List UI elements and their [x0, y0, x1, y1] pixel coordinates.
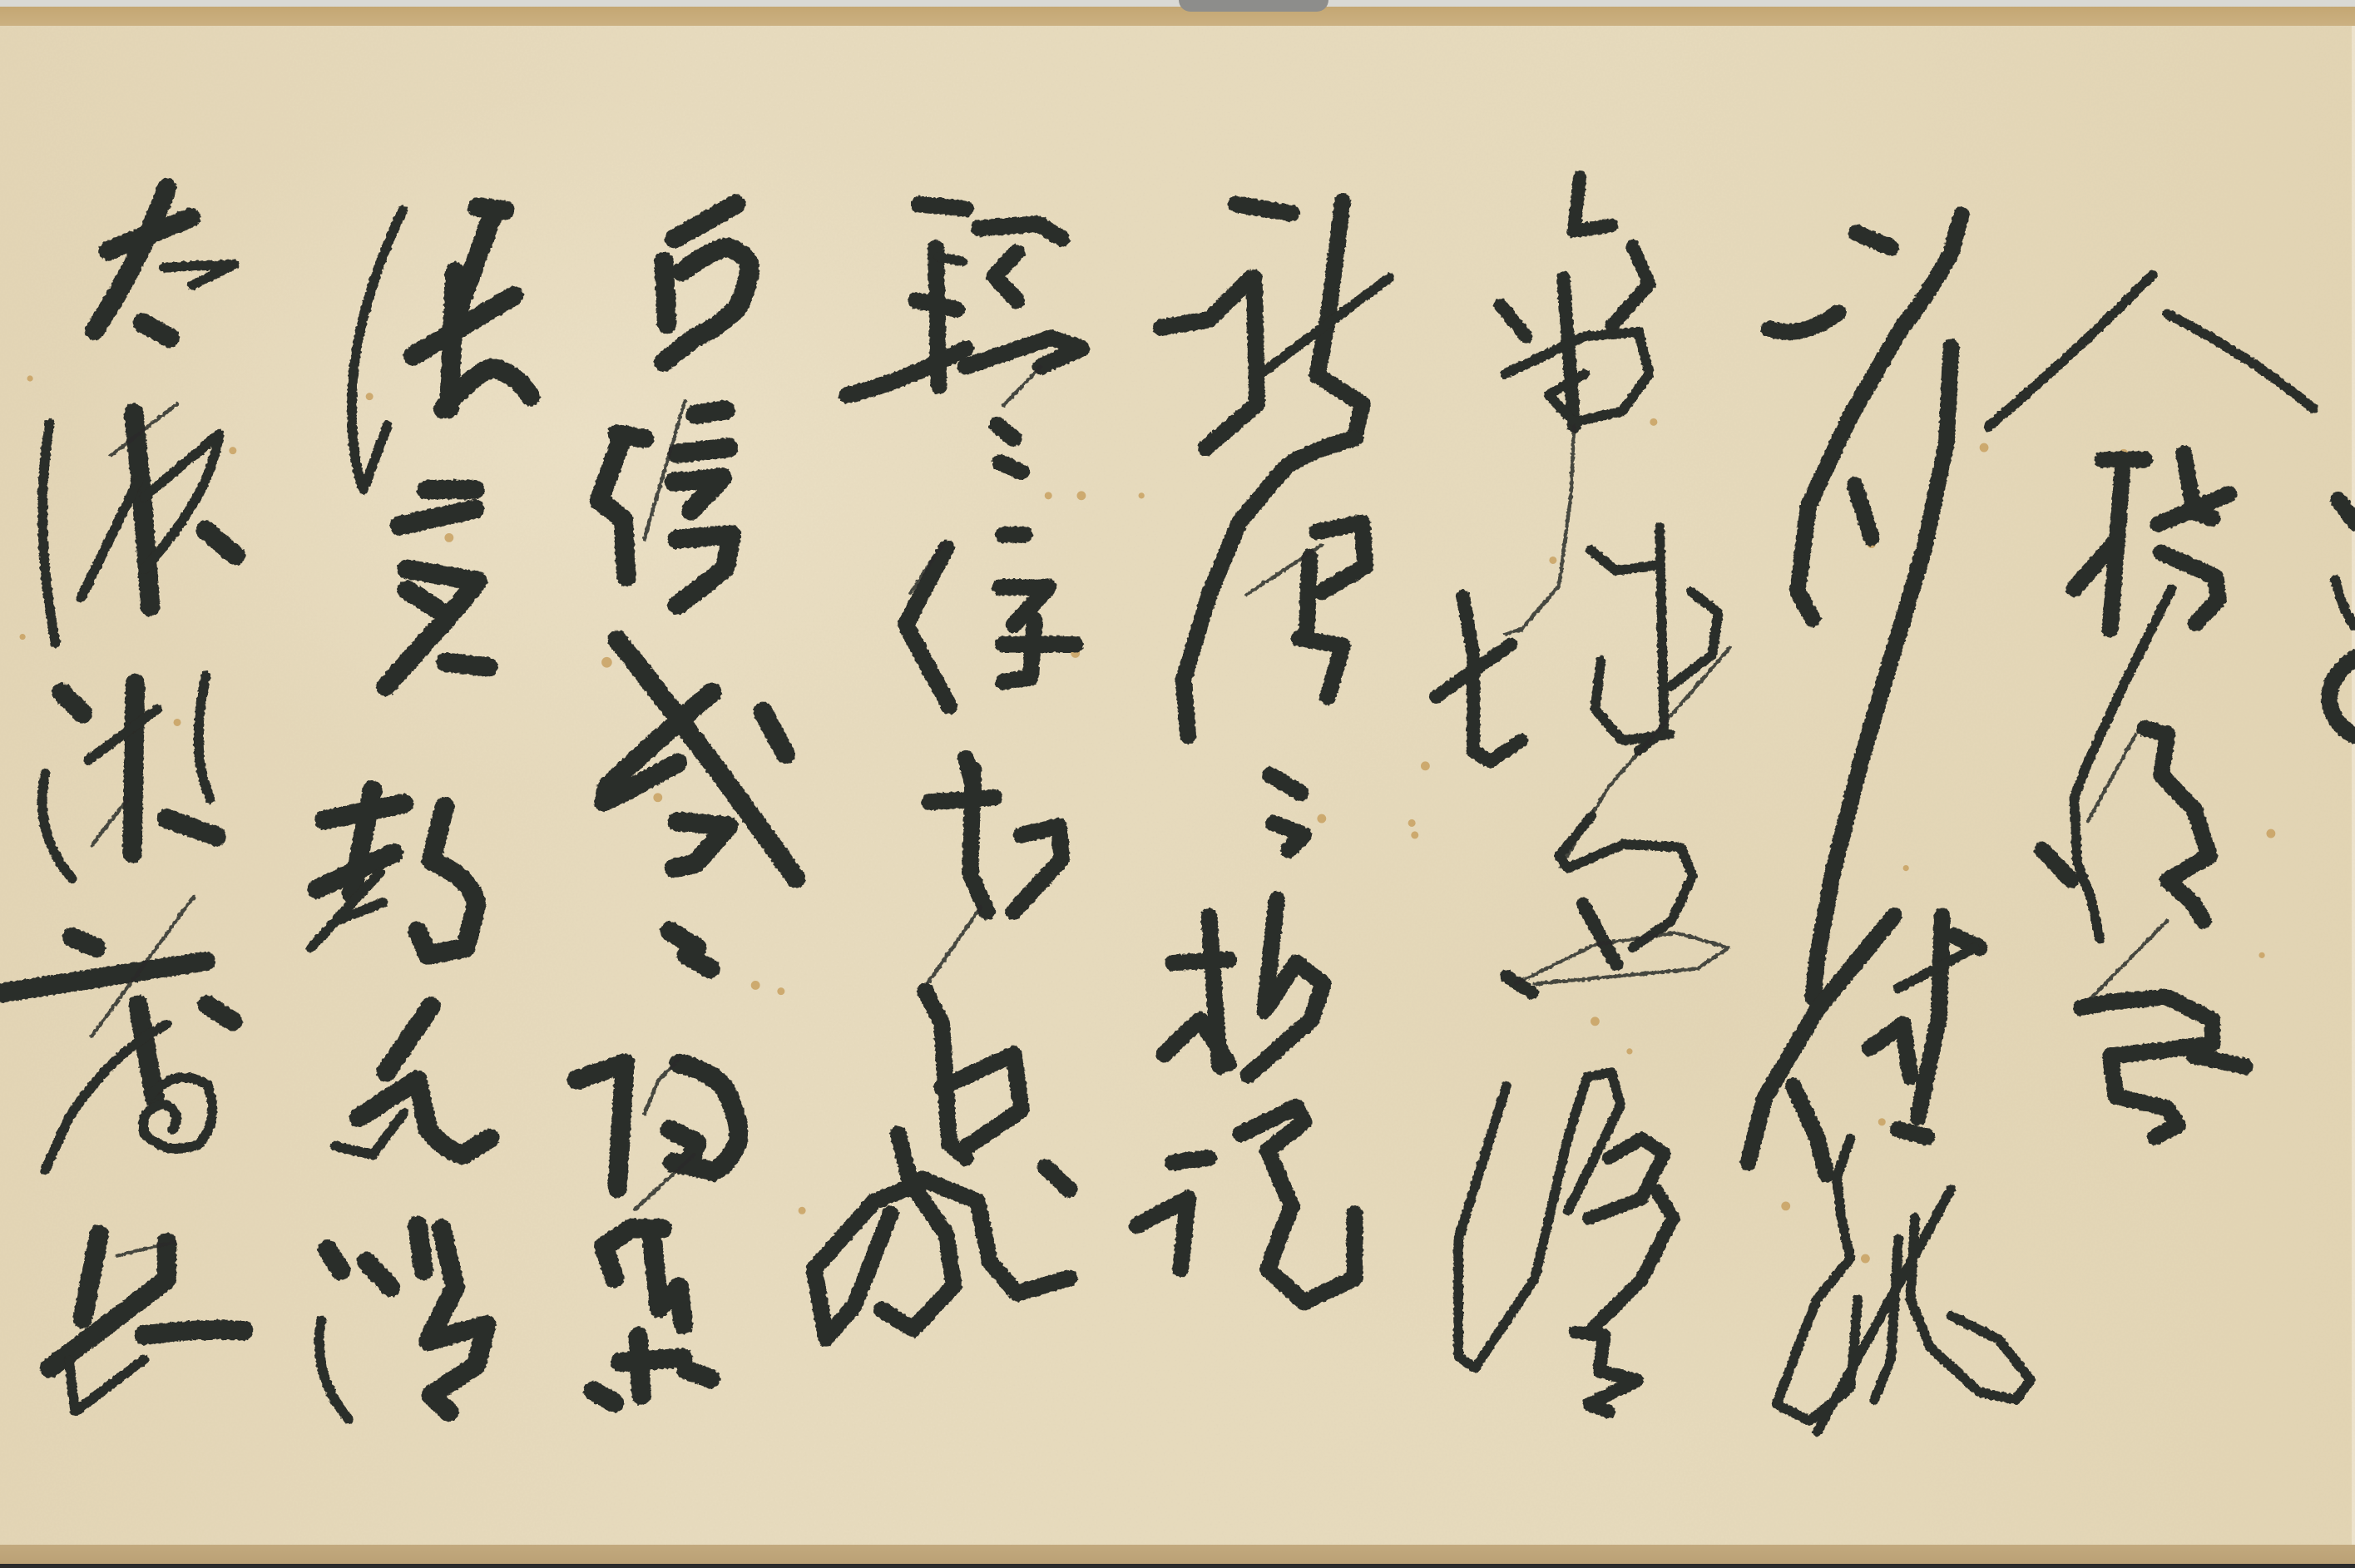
calligraphy-scroll: 入 稍 冬 寧 州 — [0, 0, 2355, 1568]
brush-stroke — [938, 257, 962, 261]
scroll-weight — [1179, 0, 1328, 12]
paper-texture — [0, 26, 2355, 1545]
calligraphy-ink-layer: 入 稍 冬 寧 州 — [0, 0, 2355, 1568]
